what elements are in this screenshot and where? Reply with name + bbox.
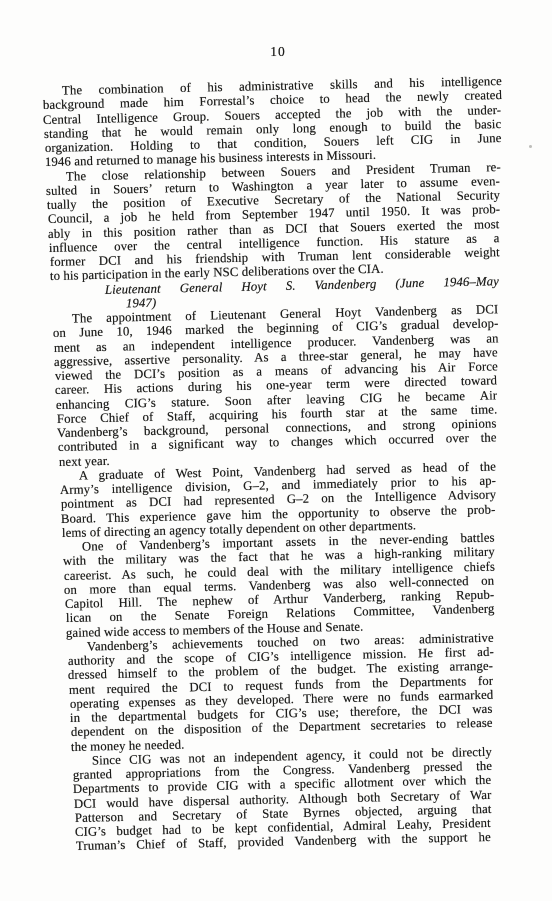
page-number: 10 xyxy=(48,44,508,60)
paragraph: Since CIG was not an independent agency,… xyxy=(42,754,522,854)
paragraph: The appointment of Lieutenant General Ho… xyxy=(42,312,522,469)
text-block: The combination of his administrative sk… xyxy=(42,84,522,854)
paragraph: The close relationship between Souers an… xyxy=(42,170,522,284)
paragraph: A graduate of West Point, Vandenberg had… xyxy=(42,469,522,540)
paragraph: One of Vandenberg’s important assets in … xyxy=(42,540,522,640)
scanned-page: 10 The combination of his administrative… xyxy=(0,0,552,901)
scan-speck xyxy=(529,145,532,148)
paragraph: Vandenberg’s achievements touched on two… xyxy=(42,640,522,754)
paragraph: The combination of his administrative sk… xyxy=(42,84,522,170)
